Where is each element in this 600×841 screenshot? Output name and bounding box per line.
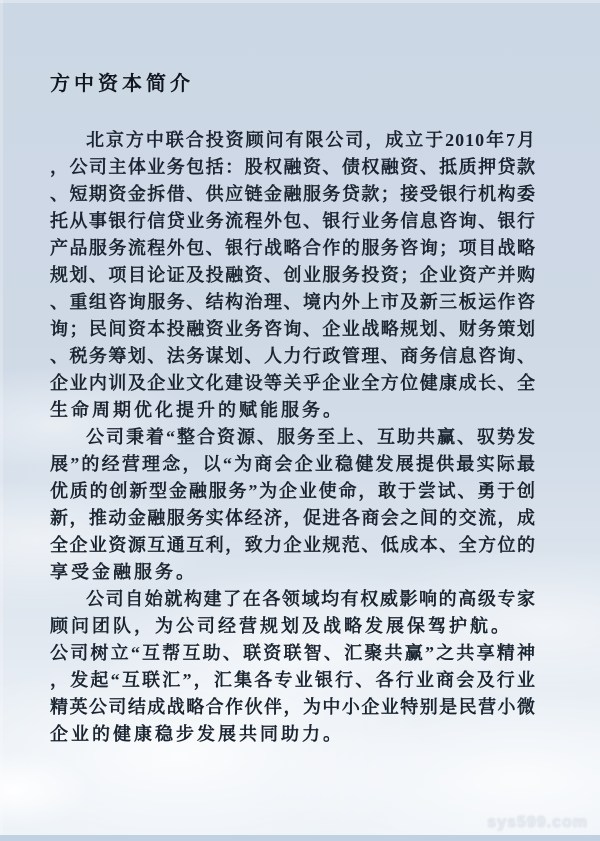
paragraph: 北京方中联合投资顾问有限公司，成立于2010年7月，公司主体业务包括：股权融资、…	[50, 127, 536, 424]
body-text: 北京方中联合投资顾问有限公司，成立于2010年7月，公司主体业务包括：股权融资、…	[50, 127, 536, 748]
text-line: 新，推动金融服务实体经济，促进各商会之间的交流，成	[50, 505, 536, 532]
text-line: 、短期资金拆借、供应链金融服务贷款；接受银行机构委	[50, 181, 536, 208]
text-line: 、税务筹划、法务谋划、人力行政管理、商务信息咨询、	[50, 343, 536, 370]
text-line: 北京方中联合投资顾问有限公司，成立于2010年7月	[50, 127, 536, 154]
text-line: 公司秉着“整合资源、服务至上、互助共赢、驭势发	[50, 424, 536, 451]
page-title: 方中资本简介	[50, 72, 536, 96]
document-page: 方中资本简介 北京方中联合投资顾问有限公司，成立于2010年7月，公司主体业务包…	[0, 0, 600, 841]
text-line: 优质的创新型金融服务”为企业使命，敢于尝试、勇于创	[50, 478, 536, 505]
text-line: 精英公司结成战略合作伙伴，为中小企业特别是民营小微	[50, 694, 536, 721]
text-line: 生命周期优化提升的赋能服务。	[50, 397, 536, 424]
document-content: 方中资本简介 北京方中联合投资顾问有限公司，成立于2010年7月，公司主体业务包…	[50, 0, 536, 748]
text-line: 规划、项目论证及投融资、创业服务投资；企业资产并购	[50, 262, 536, 289]
text-line: 企业内训及企业文化建设等关乎企业全方位健康成长、全	[50, 370, 536, 397]
text-line: 、重组咨询服务、结构治理、境内外上市及新三板运作咨	[50, 289, 536, 316]
text-line: ，发起“互联汇”，汇集各专业银行、各行业商会及行业	[50, 667, 536, 694]
text-line: 展”的经营理念，以“为商会企业稳健发展提供最实际最	[50, 451, 536, 478]
paragraph: 公司自始就构建了在各领域均有权威影响的高级专家顾问团队，为公司经营规划及战略发展…	[50, 586, 536, 640]
paragraph: 公司树立“互帮互助、联资联智、汇聚共赢”之共享精神，发起“互联汇”，汇集各专业银…	[50, 640, 536, 748]
text-line: 顾问团队，为公司经营规划及战略发展保驾护航。	[50, 613, 536, 640]
text-line: 享受金融服务。	[50, 559, 536, 586]
text-line: 企业的健康稳步发展共同助力。	[50, 721, 536, 748]
page-bottom-strip	[0, 835, 600, 841]
text-line: 公司自始就构建了在各领域均有权威影响的高级专家	[50, 586, 536, 613]
text-line: ，公司主体业务包括：股权融资、债权融资、抵质押贷款	[50, 154, 536, 181]
watermark: sys599.com	[487, 814, 588, 832]
text-line: 托从事银行信贷业务流程外包、银行业务信息咨询、银行	[50, 208, 536, 235]
text-line: 询；民间资本投融资业务咨询、企业战略规划、财务策划	[50, 316, 536, 343]
text-line: 产品服务流程外包、银行战略合作的服务咨询；项目战略	[50, 235, 536, 262]
paragraph: 公司秉着“整合资源、服务至上、互助共赢、驭势发展”的经营理念，以“为商会企业稳健…	[50, 424, 536, 586]
text-line: 公司树立“互帮互助、联资联智、汇聚共赢”之共享精神	[50, 640, 536, 667]
page-left-edge-highlight	[0, 0, 3, 841]
text-line: 全企业资源互通互利，致力企业规范、低成本、全方位的	[50, 532, 536, 559]
